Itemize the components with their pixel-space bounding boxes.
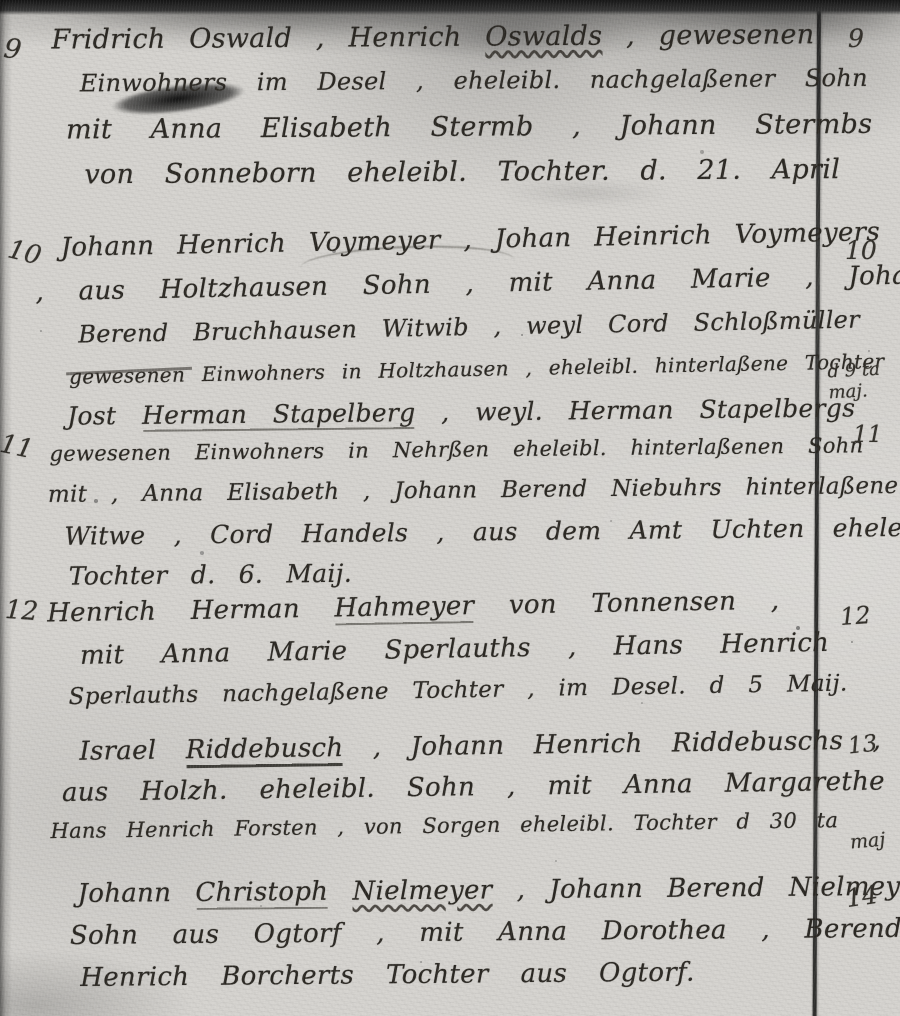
text-segment: mit Anna Elisabeth Stermb , Johann Sterm…: [66, 109, 872, 146]
annotated-text: Riddebusch: [186, 733, 344, 765]
scan-edge-left: [0, 0, 12, 1016]
text-segment: Johann: [77, 878, 195, 909]
entry-number-right-10: 10: [845, 236, 877, 265]
text-segment: , weyl. Herman Stapelbergs: [415, 393, 855, 427]
entry-number-right-12: 12: [839, 601, 871, 631]
entry-line: Sohn aus Ogtorf , mit Anna Dorothea , Be…: [22, 915, 814, 964]
text-segment: Henrich Borcherts Tochter aus Ogtorf.: [80, 958, 695, 993]
entry-number-right-14: 14: [844, 880, 880, 913]
entry-line: Henrich Borcherts Tochter aus Ogtorf.: [22, 957, 814, 1006]
text-segment: , Johann Henrich Riddebuschs ,: [343, 726, 881, 764]
register-entry-13: Israel Riddebusch , Johann Henrich Ridde…: [21, 726, 815, 860]
annotated-text: Christoph: [195, 877, 328, 908]
text-segment: Johann Henrich Voymeyer , Johan Heinrich…: [60, 217, 880, 263]
entry-number-right-11: 11: [853, 422, 882, 448]
register-entry-12: Henrich Herman Hahmeyer von Tonnensen ,m…: [21, 585, 815, 728]
text-segment: Sohn aus Ogtorf , mit Anna Dorothea , Be…: [70, 914, 900, 951]
margin-date-note-13: maj: [849, 829, 886, 854]
entry-line: Johann Christoph Nielmeyer , Johann Bere…: [21, 873, 813, 922]
text-segment: [328, 877, 352, 907]
annotated-text: Herman Stapelberg: [142, 398, 416, 430]
text-segment: Einwohners im Desel , eheleibl. nachgela…: [80, 64, 868, 98]
margin-date-note-10: d 9 ta maj.: [827, 359, 882, 404]
register-entry-11: Jost Herman Stapelberg , weyl. Herman St…: [21, 394, 815, 602]
text-segment: Henrich Herman: [47, 593, 335, 628]
text-segment: Jost: [67, 401, 142, 431]
annotated-text: Nielmeyer: [352, 875, 492, 906]
text-segment: Tochter d. 6. Maij.: [69, 559, 353, 591]
text-segment: Israel: [79, 735, 186, 766]
register-entry-10: Johann Henrich Voymeyer , Johan Heinrich…: [20, 218, 815, 409]
text-segment: von Tonnensen ,: [474, 586, 780, 621]
scan-edge-haze: [0, 4, 900, 50]
register-entry-14: Johann Christoph Nielmeyer , Johann Bere…: [21, 873, 814, 1006]
entry-line: Einwohners im Desel , eheleibl. nachgela…: [22, 64, 814, 115]
entry-line: von Sonneborn eheleibl. Tochter. d. 21. …: [22, 154, 814, 205]
text-segment: , Johann Berend Nielmeyers: [492, 871, 900, 905]
annotated-text: gewesenen: [69, 362, 185, 388]
text-segment: von Sonneborn eheleibl. Tochter. d. 21. …: [84, 154, 840, 190]
annotated-text: Hahmeyer: [334, 591, 474, 623]
manuscript-page: Fridrich Oswald , Henrich Oswalds , gewe…: [0, 0, 900, 1016]
entry-number-right-13: 13: [847, 731, 879, 760]
register-entries: Fridrich Oswald , Henrich Oswalds , gewe…: [0, 0, 900, 1016]
entry-line: mit Anna Elisabeth Stermb , Johann Sterm…: [22, 109, 814, 160]
